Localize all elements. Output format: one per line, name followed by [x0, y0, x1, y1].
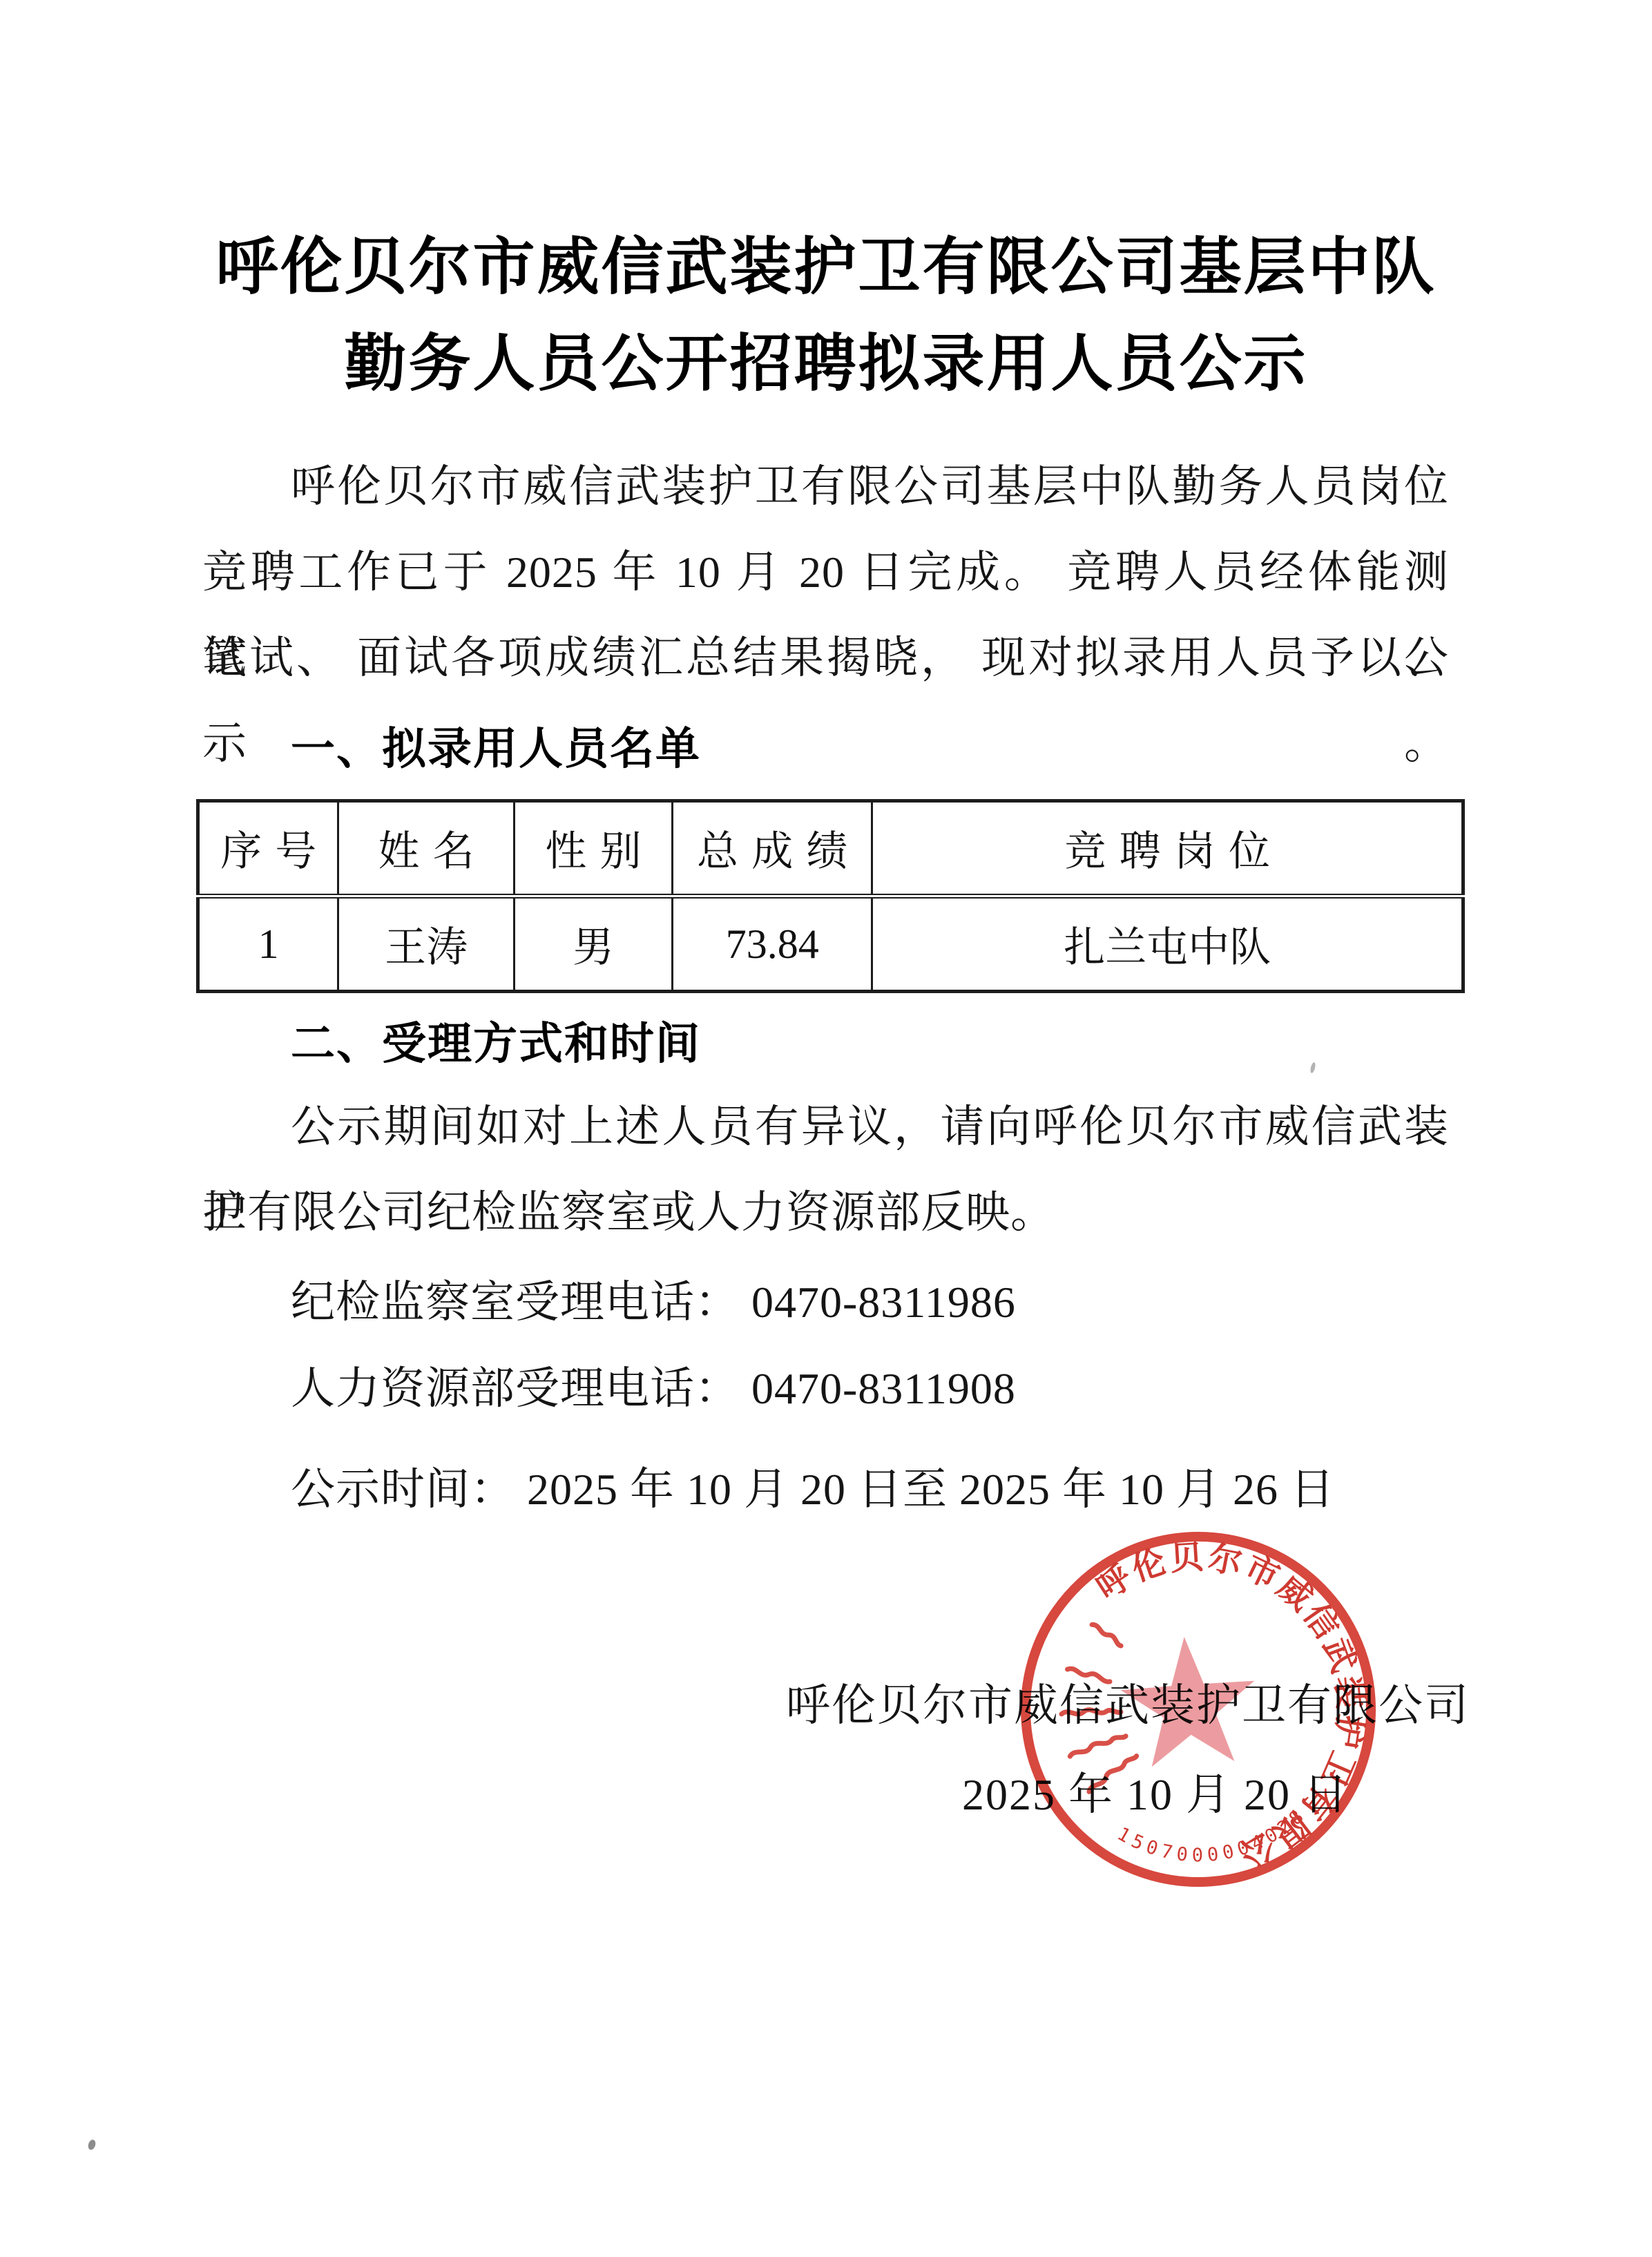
section2-heading: 二、受理方式和时间: [202, 1001, 1449, 1086]
seal-mongolian-script-icon: [1055, 1620, 1139, 1794]
contact-line-2: 人力资源部受理电话： 0470-8311908: [202, 1346, 1449, 1432]
header-cell-score: 总成绩: [672, 801, 872, 896]
table-header-row: 序号 姓名 性别 总成绩 竞聘岗位: [198, 801, 1463, 896]
section1-heading: 一、拟录用人员名单: [202, 706, 1449, 791]
table-row: 1 王涛 男 73.84 扎兰屯中队: [198, 896, 1463, 992]
cell-gender: 男: [514, 896, 672, 992]
document-title-line-1: 呼伦贝尔市威信武装护卫有限公司基层中队: [0, 220, 1652, 316]
header-cell-seq: 序号: [198, 801, 338, 896]
candidates-table: 序号 姓名 性别 总成绩 竞聘岗位 1 王涛 男 73.84 扎兰屯中队: [196, 799, 1465, 993]
header-cell-position: 竞聘岗位: [872, 801, 1463, 896]
contact-line-1: 纪检监察室受理电话： 0470-8311986: [202, 1260, 1449, 1345]
document-title-line-2: 勤务人员公开招聘拟录用人员公示: [0, 316, 1652, 413]
scan-speck-bottom-left: [87, 2139, 97, 2151]
seal-graphic: 呼伦贝尔市威信武装护卫有限公司 1507000004028: [992, 1503, 1405, 1916]
section2-line-2: 卫有限公司纪检监察室或人力资源部反映。: [202, 1170, 1449, 1256]
company-seal: 呼伦贝尔市威信武装护卫有限公司 1507000004028: [992, 1503, 1405, 1916]
header-cell-name: 姓名: [338, 801, 515, 896]
document-page: 呼伦贝尔市威信武装护卫有限公司基层中队 勤务人员公开招聘拟录用人员公示 呼伦贝尔…: [0, 0, 1652, 2257]
cell-name: 王涛: [338, 896, 515, 992]
cell-score: 73.84: [672, 896, 872, 992]
header-cell-gender: 性别: [514, 801, 672, 896]
seal-star-icon: [1117, 1632, 1260, 1769]
cell-position: 扎兰屯中队: [872, 896, 1463, 992]
intro-line-1: 呼伦贝尔市威信武装护卫有限公司基层中队勤务人员岗位: [202, 444, 1449, 530]
cell-seq: 1: [198, 896, 338, 992]
